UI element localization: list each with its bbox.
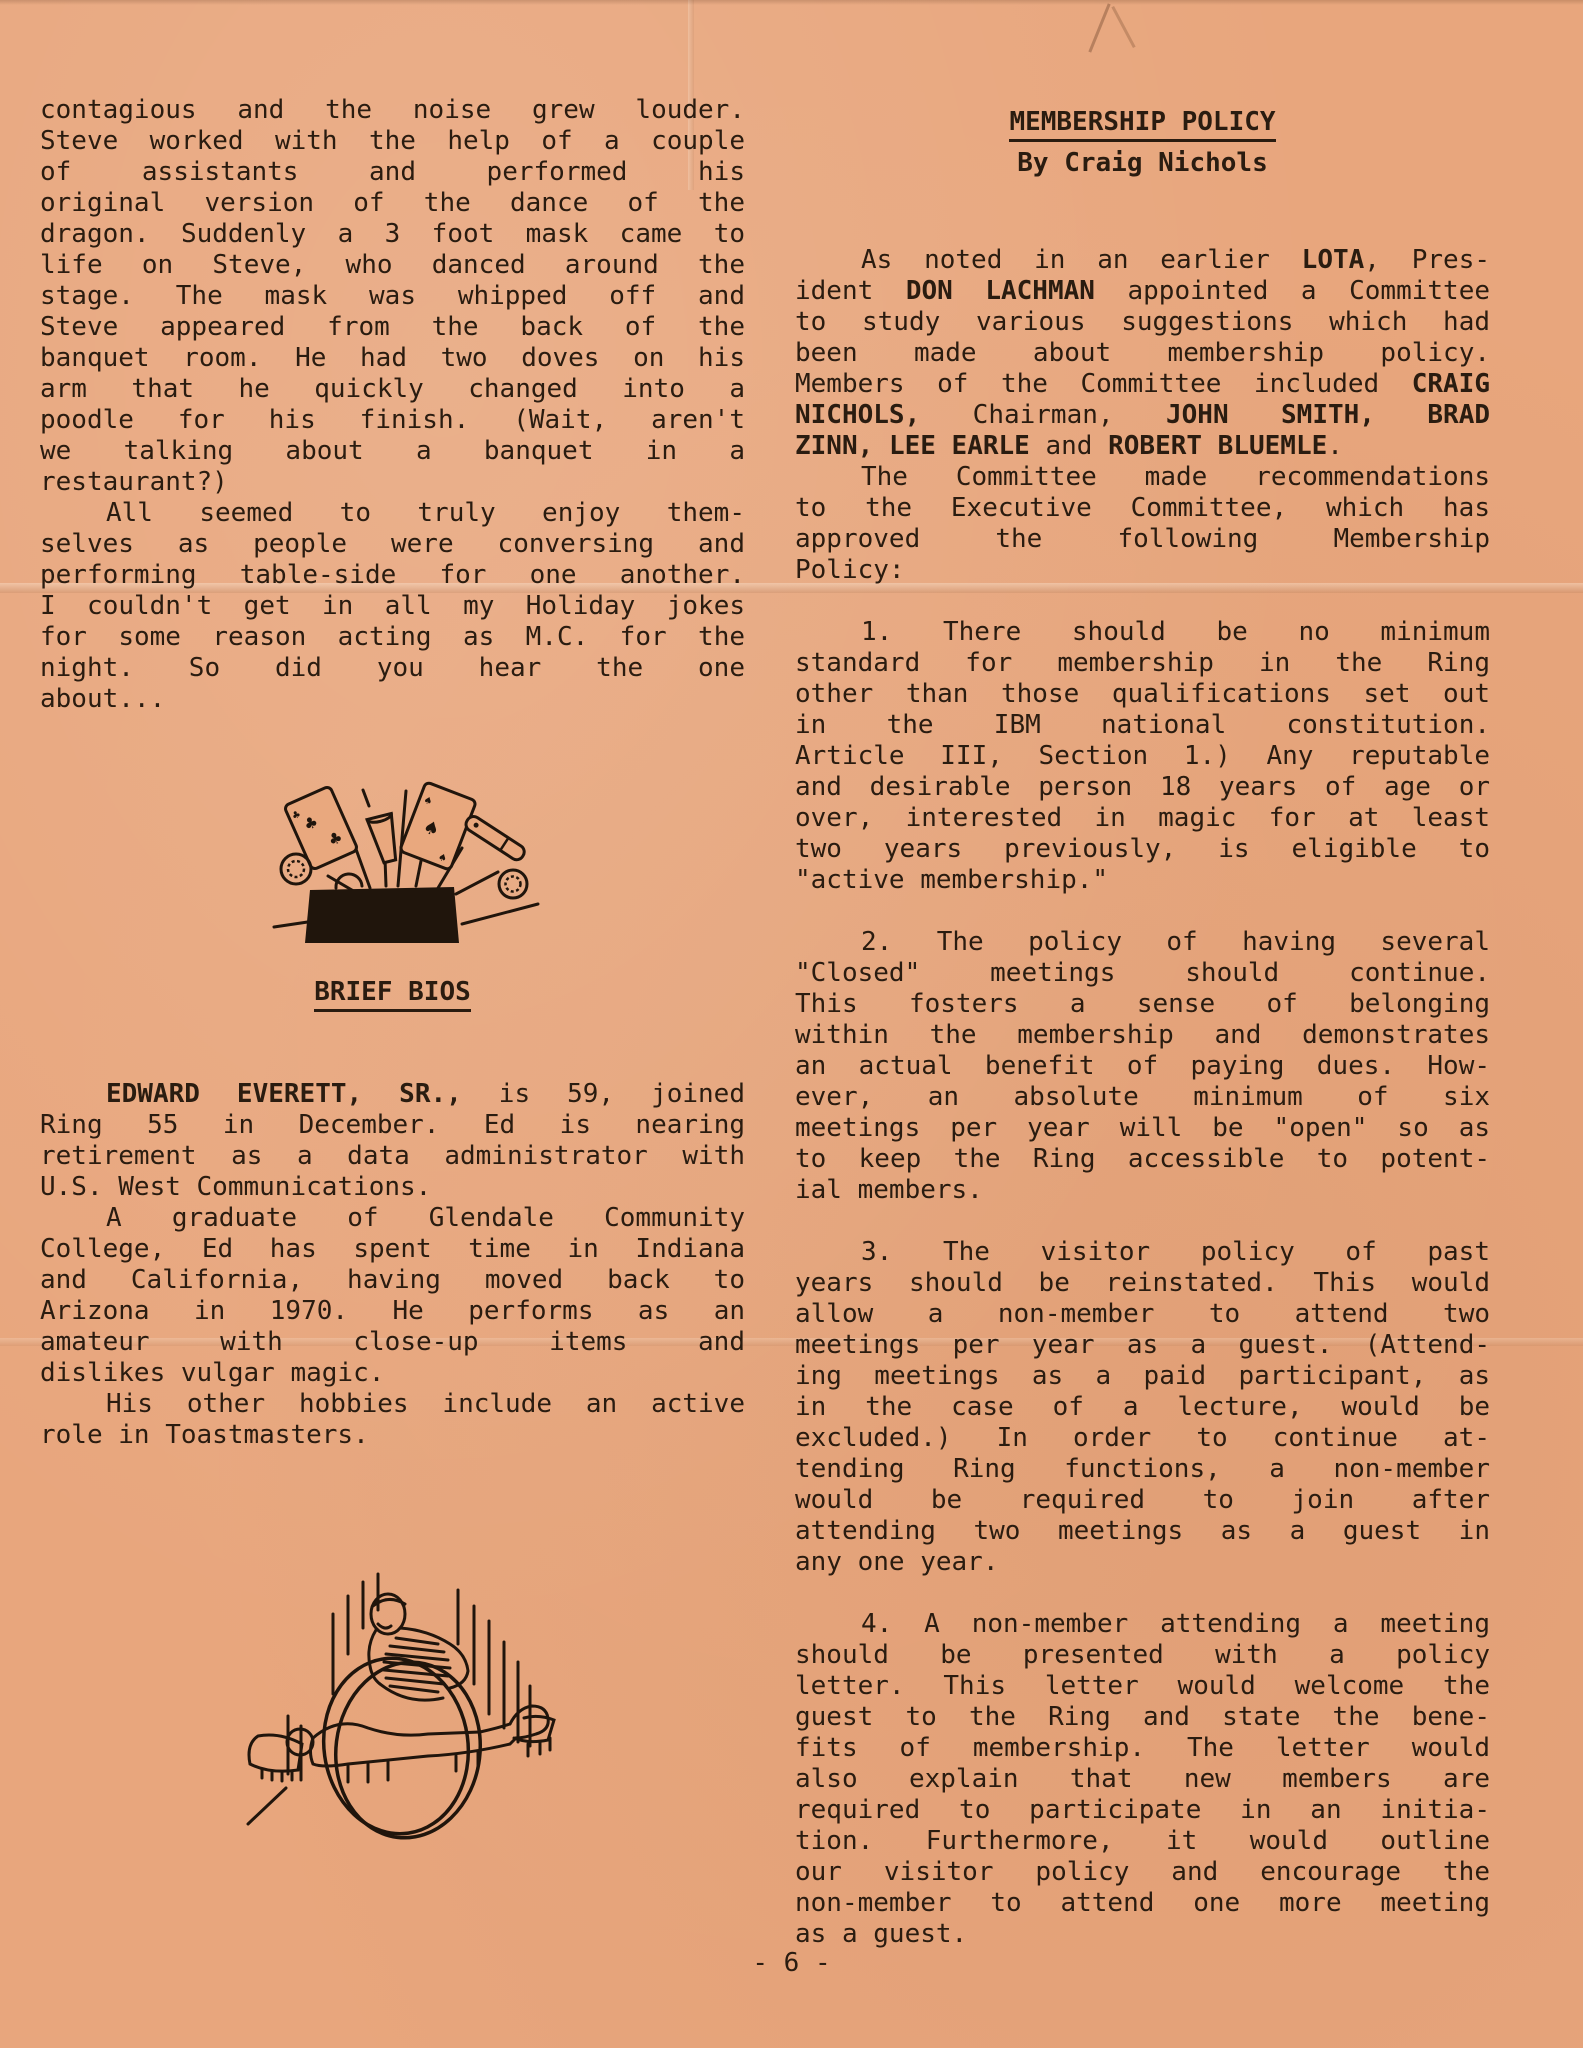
text-line: This fosters a sense of belonging bbox=[795, 989, 1490, 1020]
levitation-icon bbox=[228, 1566, 563, 1841]
emphasized-name: CRAIG bbox=[1412, 369, 1490, 399]
text-line: "active membership." bbox=[795, 865, 1490, 896]
text-line: letter. This letter would welcome the bbox=[795, 1671, 1490, 1702]
text-line: Steve appeared from the back of the bbox=[40, 312, 745, 343]
text-line: we talking about a banquet in a bbox=[40, 436, 745, 467]
text-line: tion. Furthermore, it would outline bbox=[795, 1826, 1490, 1857]
emphasized-name: JOHN SMITH, bbox=[1166, 400, 1375, 430]
text-line: and desirable person 18 years of age or bbox=[795, 772, 1490, 803]
text-line: for some reason acting as M.C. for the bbox=[40, 622, 745, 653]
text-run: ident bbox=[795, 276, 906, 306]
text-run: is 59, joined bbox=[462, 1079, 745, 1109]
text-line: been made about membership policy. bbox=[795, 338, 1490, 369]
text-line: EDWARD EVERETT, SR., is 59, joined bbox=[40, 1079, 745, 1110]
text-run: . bbox=[1327, 431, 1343, 461]
knife-icon bbox=[463, 814, 527, 863]
membership-policy-heading: MEMBERSHIP POLICY bbox=[795, 107, 1490, 138]
text-line: as a guest. bbox=[795, 1919, 1490, 1950]
magic-box-illustration: ♣ ♣ ♣ ♠ ♠ ♠ bbox=[266, 776, 546, 946]
text-line: 2. The policy of having several bbox=[795, 927, 1490, 958]
text-line: guest to the Ring and state the bene- bbox=[795, 1702, 1490, 1733]
glass-icon bbox=[367, 814, 402, 865]
text-line: tending Ring functions, a non-member bbox=[795, 1454, 1490, 1485]
text-line: Policy: bbox=[795, 555, 1490, 586]
text-run: and bbox=[1030, 431, 1108, 461]
text-line: about... bbox=[40, 684, 745, 715]
text-line: night. So did you hear the one bbox=[40, 653, 745, 684]
brief-bios-heading-text: BRIEF BIOS bbox=[314, 977, 471, 1012]
text-line: required to participate in an initia- bbox=[795, 1795, 1490, 1826]
text-line: As noted in an earlier LOTA, Pres- bbox=[795, 245, 1490, 276]
text-line: meetings per year as a guest. (Attend- bbox=[795, 1330, 1490, 1361]
text-line: "Closed" meetings should continue. bbox=[795, 958, 1490, 989]
scanned-newsletter-page: { "page": { "footer": "- 6 -" }, "colors… bbox=[0, 0, 1583, 2048]
emphasized-name: ROBERT BLUEMLE bbox=[1108, 431, 1327, 461]
text-line: life on Steve, who danced around the bbox=[40, 250, 745, 281]
text-line: The Committee made recommendations bbox=[795, 462, 1490, 493]
text-line: would be required to join after bbox=[795, 1485, 1490, 1516]
text-line: I couldn't get in all my Holiday jokes bbox=[40, 591, 745, 622]
emphasized-name: DON LACHMAN bbox=[906, 276, 1095, 306]
text-line: also explain that new members are bbox=[795, 1764, 1490, 1795]
text-line: 3. The visitor policy of past bbox=[795, 1237, 1490, 1268]
text-line: dislikes vulgar magic. bbox=[40, 1358, 745, 1389]
text-line: in the case of a lecture, would be bbox=[795, 1392, 1490, 1423]
text-line: U.S. West Communications. bbox=[40, 1172, 745, 1203]
text-run: Chairman, bbox=[920, 400, 1166, 430]
text-line: arm that he quickly changed into a bbox=[40, 374, 745, 405]
text-line: ZINN, LEE EARLE and ROBERT BLUEMLE. bbox=[795, 431, 1490, 462]
text-line: non-member to attend one more meeting bbox=[795, 1888, 1490, 1919]
membership-policy-heading-block: MEMBERSHIP POLICY By Craig Nichols bbox=[795, 107, 1490, 179]
fold-mark bbox=[1111, 6, 1135, 48]
text-line: our visitor policy and encourage the bbox=[795, 1857, 1490, 1888]
text-line: amateur with close-up items and bbox=[40, 1327, 745, 1358]
brief-bios-heading: BRIEF BIOS bbox=[40, 977, 745, 1008]
text-line: selves as people were conversing and bbox=[40, 529, 745, 560]
text-run bbox=[1375, 400, 1427, 430]
text-line: banquet room. He had two doves on his bbox=[40, 343, 745, 374]
text-line: to keep the Ring accessible to potent- bbox=[795, 1144, 1490, 1175]
text-line: allow a non-member to attend two bbox=[795, 1299, 1490, 1330]
text-line: excluded.) In order to continue at- bbox=[795, 1423, 1490, 1454]
text-line: an actual benefit of paying dues. How- bbox=[795, 1051, 1490, 1082]
text-run: , Pres- bbox=[1364, 245, 1490, 275]
text-line: stage. The mask was whipped off and bbox=[40, 281, 745, 312]
emphasized-name: NICHOLS, bbox=[795, 400, 920, 430]
text-line: ever, an absolute minimum of six bbox=[795, 1082, 1490, 1113]
text-run: Members of the Committee included bbox=[795, 369, 1412, 399]
text-line: performing table-side for one another. bbox=[40, 560, 745, 591]
text-run: appointed a Committee bbox=[1095, 276, 1490, 306]
text-line: Article III, Section 1.) Any reputable bbox=[795, 741, 1490, 772]
text-run bbox=[873, 431, 889, 461]
left-column-story: contagious and the noise grew louder.Ste… bbox=[40, 95, 745, 715]
text-line: over, interested in magic for at least bbox=[795, 803, 1490, 834]
text-line: His other hobbies include an active bbox=[40, 1389, 745, 1420]
text-line: to the Executive Committee, which has bbox=[795, 493, 1490, 524]
text-line: in the IBM national constitution. bbox=[795, 710, 1490, 741]
text-line: restaurant?) bbox=[40, 467, 745, 498]
text-line: standard for membership in the Ring bbox=[795, 648, 1490, 679]
text-line: Members of the Committee included CRAIG bbox=[795, 369, 1490, 400]
text-line: within the membership and demonstrates bbox=[795, 1020, 1490, 1051]
card-clubs-icon: ♣ ♣ ♣ bbox=[284, 786, 358, 870]
text-line: College, Ed has spent time in Indiana bbox=[40, 1234, 745, 1265]
text-line: any one year. bbox=[795, 1547, 1490, 1578]
text-line: NICHOLS, Chairman, JOHN SMITH, BRAD bbox=[795, 400, 1490, 431]
text-line: All seemed to truly enjoy them- bbox=[40, 498, 745, 529]
text-line: contagious and the noise grew louder. bbox=[40, 95, 745, 126]
membership-policy-heading-text: MEMBERSHIP POLICY bbox=[1009, 107, 1275, 142]
text-line: 4. A non-member attending a meeting bbox=[795, 1609, 1490, 1640]
text-line: and California, having moved back to bbox=[40, 1265, 745, 1296]
text-line: Ring 55 in December. Ed is nearing bbox=[40, 1110, 745, 1141]
text-line: should be presented with a policy bbox=[795, 1640, 1490, 1671]
right-column-policy: As noted in an earlier LOTA, Pres-ident … bbox=[795, 245, 1490, 1950]
text-line: ial members. bbox=[795, 1175, 1490, 1206]
text-line: dragon. Suddenly a 3 foot mask came to bbox=[40, 219, 745, 250]
text-line: A graduate of Glendale Community bbox=[40, 1203, 745, 1234]
paragraph-gap bbox=[795, 1578, 1490, 1609]
emphasized-name: LOTA bbox=[1302, 245, 1365, 275]
text-run: As noted in an earlier bbox=[861, 245, 1302, 275]
text-line: attending two meetings as a guest in bbox=[795, 1516, 1490, 1547]
left-column-bios: EDWARD EVERETT, SR., is 59, joinedRing 5… bbox=[40, 1079, 745, 1451]
page-top-edge-shadow bbox=[0, 0, 1583, 5]
text-line: other than those qualifications set out bbox=[795, 679, 1490, 710]
text-line: approved the following Membership bbox=[795, 524, 1490, 555]
emphasized-name: LEE EARLE bbox=[889, 431, 1030, 461]
fold-mark bbox=[1088, 3, 1110, 52]
hoop-shape bbox=[312, 1649, 490, 1841]
paragraph-gap bbox=[795, 896, 1490, 927]
text-line: ident DON LACHMAN appointed a Committee bbox=[795, 276, 1490, 307]
byline: By Craig Nichols bbox=[795, 148, 1490, 179]
text-line: of assistants and performed his bbox=[40, 157, 745, 188]
paragraph-gap bbox=[795, 586, 1490, 617]
text-line: poodle for his finish. (Wait, aren't bbox=[40, 405, 745, 436]
emphasized-name: BRAD bbox=[1427, 400, 1490, 430]
text-line: two years previously, is eligible to bbox=[795, 834, 1490, 865]
black-box-shape bbox=[305, 887, 459, 943]
emphasized-name: ZINN, bbox=[795, 431, 873, 461]
text-line: Arizona in 1970. He performs as an bbox=[40, 1296, 745, 1327]
text-line: retirement as a data administrator with bbox=[40, 1141, 745, 1172]
text-line: role in Toastmasters. bbox=[40, 1420, 745, 1451]
levitation-illustration bbox=[228, 1566, 563, 1841]
text-line: original version of the dance of the bbox=[40, 188, 745, 219]
paragraph-gap bbox=[795, 1206, 1490, 1237]
text-line: to study various suggestions which had bbox=[795, 307, 1490, 338]
text-line: meetings per year will be "open" so as bbox=[795, 1113, 1490, 1144]
text-line: years should be reinstated. This would bbox=[795, 1268, 1490, 1299]
magic-box-icon: ♣ ♣ ♣ ♠ ♠ ♠ bbox=[266, 776, 546, 946]
text-line: Steve worked with the help of a couple bbox=[40, 126, 745, 157]
page-number: - 6 - bbox=[0, 1948, 1583, 1979]
text-line: ing meetings as a paid participant, as bbox=[795, 1361, 1490, 1392]
emphasized-name: EDWARD EVERETT, SR., bbox=[106, 1079, 462, 1109]
text-line: 1. There should be no minimum bbox=[795, 617, 1490, 648]
text-line: fits of membership. The letter would bbox=[795, 1733, 1490, 1764]
